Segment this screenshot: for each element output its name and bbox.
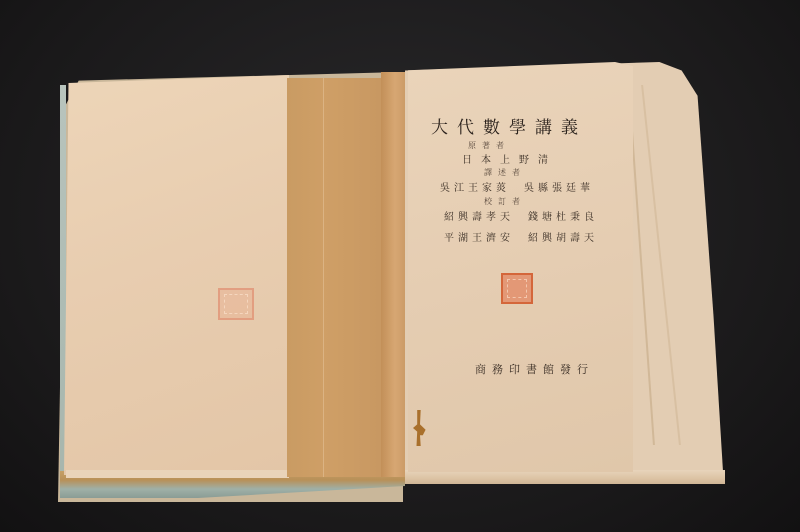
page-block-bottom bbox=[405, 470, 725, 484]
left-page-bottom-edge bbox=[66, 470, 289, 478]
translators: 吳江王家菼 吳縣張廷華 bbox=[440, 179, 594, 194]
book-gutter bbox=[381, 72, 409, 477]
seal-inner-border bbox=[507, 279, 527, 298]
proofreader-label: 校訂者 bbox=[484, 196, 526, 207]
seal-inner-border bbox=[224, 294, 248, 314]
translator-label: 譯述者 bbox=[484, 167, 526, 178]
proofreaders-row-2: 平湖王濟安 紹興胡壽天 bbox=[444, 229, 598, 244]
faded-seal-stamp bbox=[218, 288, 254, 320]
red-seal-stamp bbox=[501, 273, 533, 304]
author-name: 日本上野清 bbox=[462, 151, 557, 166]
left-endpaper bbox=[64, 75, 289, 475]
tan-reinforcement-strip bbox=[287, 78, 381, 477]
proofreaders-row-1: 紹興壽孝天 錢塘杜秉良 bbox=[444, 208, 598, 223]
book-title: 大代數學講義 bbox=[431, 113, 587, 138]
publisher: 商務印書館發行 bbox=[475, 361, 594, 377]
author-label: 原著者 bbox=[468, 140, 510, 151]
